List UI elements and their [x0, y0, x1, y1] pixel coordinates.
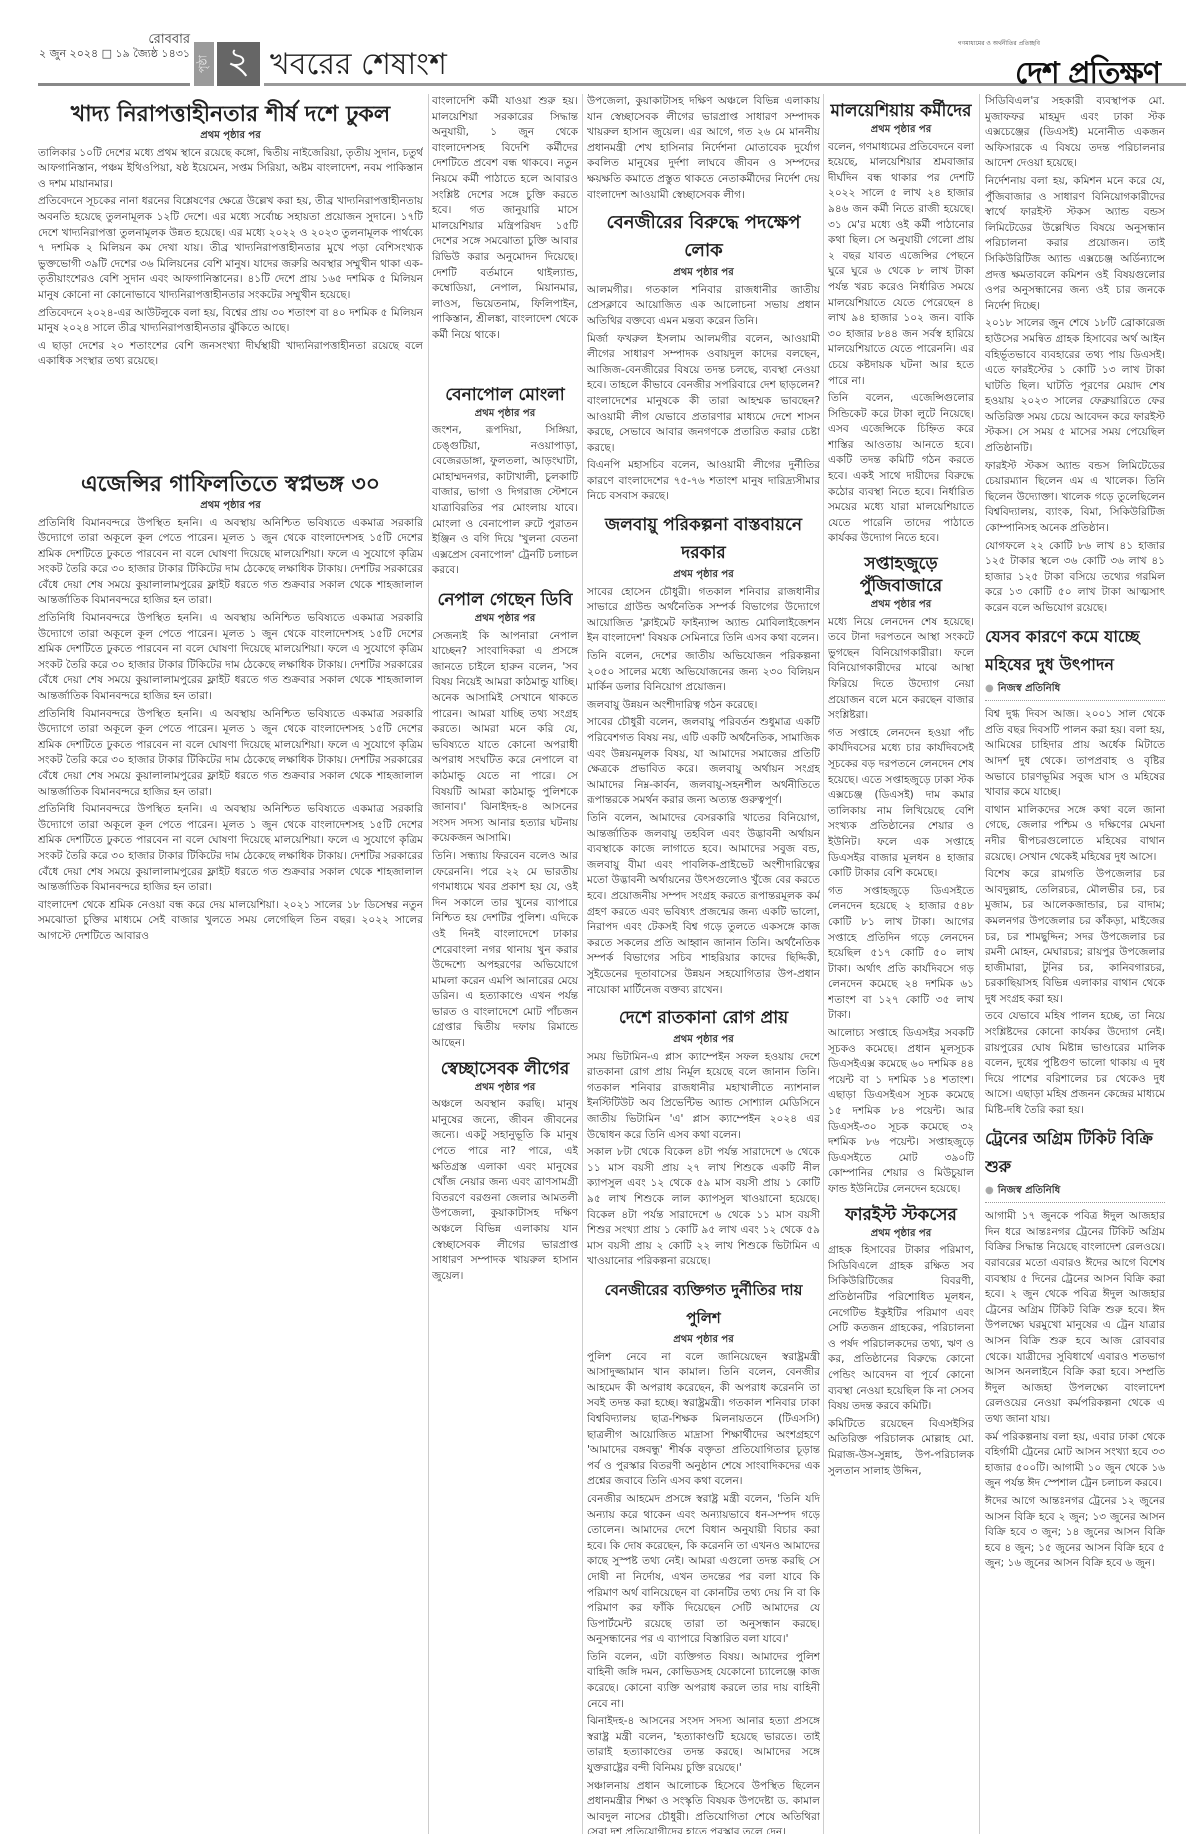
article-malaysia-workers: মালয়েশিয়ায় কর্মীদের প্রথম পৃষ্ঠার পর …	[828, 100, 974, 547]
headline-benapole-mongla: বেনাপোল মোংলা	[432, 384, 578, 406]
headline-benazir-personal: বেনজীরের ব্যক্তিগত দুর্নীতির দায় পুলিশ	[587, 1276, 820, 1332]
paragraph: গত সপ্তাহে লেনদেন হওয়া পাঁচ কার্যদিবসের…	[828, 726, 974, 882]
paragraph: তিনি বলেন, আমাদের বেসরকারি খাতের বিনিয়ো…	[587, 811, 820, 998]
paragraph: নির্দেশনায় বলা হয়, কমিশন মনে করে যে, প…	[985, 174, 1165, 314]
paragraph: সময় ভিটামিন-এ প্লাস ক্যাম্পেইন সফল হওয়…	[587, 1050, 820, 1144]
paragraph: সাবের চৌধুরী বলেন, জলবায়ু পরিবর্তন শুধু…	[587, 715, 820, 809]
headline-train-tickets: ট্রেনের অগ্রিম টিকিট বিক্রি শুরু	[985, 1125, 1165, 1181]
headline-nepal-db: নেপাল গেছেন ডিবি	[432, 589, 578, 611]
paragraph: ২০১৮ সালের জুন শেষে ১৮টি ব্রোকারেজ হাউসে…	[985, 316, 1165, 456]
paragraph: বলেন, গণমাধ্যমের প্রতিবেদনে বলা হয়েছে, …	[828, 140, 974, 390]
continued-label: প্রথম পৃষ্ঠার পর	[828, 597, 974, 613]
paragraph: আলোচ্য সপ্তাহে ডিএসইর সবকটি সূচকও কমেছে।…	[828, 1026, 974, 1198]
paragraph: বাথান মালিকদের সঙ্গে কথা বলে জানা গেছে, …	[985, 803, 1165, 865]
byline: নিজস্ব প্রতিনিধি	[985, 1183, 1165, 1199]
continued-label: প্রথম পৃষ্ঠার পর	[587, 1032, 820, 1048]
logo-tagline: গণমাধ্যমের ও অর্থনীতির প্রতিচ্ছবি	[958, 38, 1040, 49]
article-train-tickets: ট্রেনের অগ্রিম টিকিট বিক্রি শুরু নিজস্ব …	[985, 1125, 1165, 1572]
header-rule-left	[38, 83, 190, 86]
byline-divider	[985, 1202, 1165, 1203]
article-climate-plan: জলবায়ু পরিকল্পনা বাস্তবায়নে দরকার প্রথ…	[587, 511, 820, 998]
continued-label: প্রথম পৃষ্ঠার পর	[828, 122, 974, 138]
column-divider	[428, 94, 429, 1834]
paragraph: গ্রাহক হিসাবের টাকার পরিমাণ, সিডিবিএলে গ…	[828, 1243, 974, 1415]
paragraph: বিশেষ করে রামগতি উপজেলার চর আবদুল্লাহ, ত…	[985, 867, 1165, 1007]
continued-label: প্রথম পৃষ্ঠার পর	[432, 611, 578, 627]
article-night-blindness: দেশে রাতকানা রোগ প্রায় প্রথম পৃষ্ঠার পর…	[587, 1004, 820, 1270]
paragraph: বেনজীর আহমেদ প্রসঙ্গে স্বরাষ্ট্র মন্ত্রী…	[587, 1492, 820, 1648]
paragraph: প্রতিনিধি বিমানবন্দরে উপস্থিত হননি। এ অব…	[38, 802, 423, 896]
issue-date: রোববার ২ জুন ২০২৪ □ ১৯ জ্যৈষ্ঠ ১৪৩১	[39, 33, 190, 61]
continued-label: প্রথম পৃষ্ঠার পর	[432, 406, 578, 422]
continued-label: প্রথম পৃষ্ঠার পর	[38, 498, 423, 514]
continued-label: প্রথম পৃষ্ঠার পর	[432, 1080, 578, 1096]
article-weekly-market: সপ্তাহজুড়ে পুঁজিবাজারে প্রথম পৃষ্ঠার পর…	[828, 553, 974, 1198]
column-divider	[823, 94, 824, 1834]
byline: নিজস্ব প্রতিনিধি	[985, 681, 1165, 697]
paragraph: কমিটিতে রয়েছেন বিএসইসির অতিরিক্ত পরিচাল…	[828, 1417, 974, 1479]
paragraph: তবে যেভাবে মহিষ পালন হচ্ছে, তা নিয়ে সংশ…	[985, 1009, 1165, 1118]
logo-name: দেশ প্রতিক্ষণ	[1015, 56, 1160, 91]
article-agency-negligence: এজেন্সির গাফিলতিতে স্বপ্নভঙ্গ ৩০ প্রথম প…	[38, 470, 423, 945]
paragraph: সাবের হোসেন চৌধুরী। গতকাল শনিবার রাজধানী…	[587, 585, 820, 647]
paragraph: ফারইস্ট স্টকস অ্যান্ড বন্ডস লিমিটেডের চে…	[985, 459, 1165, 537]
continued-label: প্রথম পৃষ্ঠার পর	[828, 1226, 974, 1242]
continued-label: প্রথম পৃষ্ঠার পর	[587, 265, 820, 281]
paragraph: ঝিনাইদহ-৪ আসনের সংসদ সদস্য আনার হত্যা প্…	[587, 1714, 820, 1776]
article-benazir-action: বেনজীরের বিরুদ্ধে পদক্ষেপ লোক প্রথম পৃষ্…	[587, 209, 820, 505]
paragraph: তিনি বলেন, এজেন্সিগুলোর সিন্ডিকেট করে টা…	[828, 391, 974, 547]
article-benapole-mongla: বেনাপোল মোংলা প্রথম পৃষ্ঠার পর জংশন, রূপ…	[432, 384, 578, 580]
column-divider	[582, 94, 583, 1834]
headline-benazir-action: বেনজীরের বিরুদ্ধে পদক্ষেপ লোক	[587, 209, 820, 265]
paragraph: জংশন, রূপদিয়া, সিঙ্গিয়া, চেঙ্গুটিয়া, …	[432, 423, 578, 579]
continued-label: প্রথম পৃষ্ঠার পর	[38, 128, 423, 144]
paragraph: তিনি বলেন, এটা ব্যক্তিগত বিষয়। আমাদের প…	[587, 1650, 820, 1712]
page-number: ২	[217, 42, 260, 86]
article-buffalo-milk: যেসব কারণে কমে যাচ্ছে মহিষের দুধ উৎপাদন …	[985, 623, 1165, 1119]
headline-weekly-market: সপ্তাহজুড়ে পুঁজিবাজারে	[828, 553, 974, 597]
paragraph: বিএনপি মহাসচিব বলেন, আওয়ামী লীগের দুর্ন…	[587, 458, 820, 505]
paragraph: এ ছাড়া দেশের ২০ শতাংশের বেশি জনসংখ্যা দ…	[38, 339, 423, 370]
paragraph: আগামী ১৭ জুনকে পবিত্র ঈদুল আজহার দিন ধরে…	[985, 1209, 1165, 1427]
paragraph: গত সপ্তাহজুড়ে ডিএসইতে লেনদেন হয়েছে ২ হ…	[828, 884, 974, 1024]
paragraph: মির্জা ফখরুল ইসলাম আলমগীর বলেন, আওয়ামী …	[587, 332, 820, 457]
continued-label: প্রথম পৃষ্ঠার পর	[587, 567, 820, 583]
paragraph: প্রতিনিধি বিমানবন্দরে উপস্থিত হননি। এ অব…	[38, 516, 423, 610]
column-4: মালয়েশিয়ায় কর্মীদের প্রথম পৃষ্ঠার পর …	[828, 94, 974, 1834]
paragraph: কর্ম পরিকল্পনায় বলা হয়, এবার ঢাকা থেকে…	[985, 1430, 1165, 1492]
headline-night-blindness: দেশে রাতকানা রোগ প্রায়	[587, 1004, 820, 1032]
article-food-insecurity: খাদ্য নিরাপত্তাহীনতার শীর্ষ দশে ঢুকল প্র…	[38, 100, 423, 370]
paragraph: অঞ্চলে অবস্থান করছি। মানুষ মানুষের জন্যে…	[432, 1097, 578, 1284]
paragraph: উপজেলা, কুয়াকাটাসহ দক্ষিণ অঞ্চলে বিভিন্…	[587, 94, 820, 203]
issue-date-text: ২ জুন ২০২৪ □ ১৯ জ্যৈষ্ঠ ১৪৩১	[39, 47, 190, 60]
column-2: বাংলাদেশি কর্মী যাওয়া শুরু হয়। মালয়েশ…	[432, 94, 578, 1834]
headline-agency-negligence: এজেন্সির গাফিলতিতে স্বপ্নভঙ্গ ৩০	[38, 470, 423, 498]
paragraph: সঞ্চালনায় প্রধান আলোচক হিসেবে উপস্থিত ছ…	[587, 1779, 820, 1834]
paragraph: মধ্যে নিয়ে লেনদেন শেষ হয়েছে। তবে টানা …	[828, 615, 974, 724]
paragraph: সকাল ৮টা থেকে বিকেল ৪টা পর্যন্ত সারাদেশে…	[587, 1145, 820, 1270]
article-benazir-personal: বেনজীরের ব্যক্তিগত দুর্নীতির দায় পুলিশ …	[587, 1276, 820, 1834]
paragraph: পুলিশ নেবে না বলে জানিয়েছেন স্বরাষ্ট্রম…	[587, 1350, 820, 1490]
paragraph: বাংলাদেশি কর্মী যাওয়া শুরু হয়। মালয়েশ…	[432, 94, 578, 344]
paragraph: প্রতিবেদনে সূচকের নানা ধরনের বিশ্লেষণের …	[38, 194, 423, 303]
paragraph: আলমগীর। গতকাল শনিবার রাজধানীর জাতীয় প্র…	[587, 283, 820, 330]
headline-buffalo-milk: যেসব কারণে কমে যাচ্ছে মহিষের দুধ উৎপাদন	[985, 623, 1165, 679]
paragraph: প্রতিনিধি বিমানবন্দরে উপস্থিত হননি। এ অব…	[38, 611, 423, 705]
paragraph: বাংলাদেশ থেকে শ্রমিক নেওয়া বন্ধ করে দেয…	[38, 898, 423, 945]
article-swechchhasebak-league: স্বেচ্ছাসেবক লীগের প্রথম পৃষ্ঠার পর অঞ্চ…	[432, 1058, 578, 1285]
paragraph: সেজন্যই কি আপনারা নেপাল যাচ্ছেন? সাংবাদি…	[432, 629, 578, 847]
paragraph: জলবায়ু উন্নয়ন অংশীদারিত্ব গঠন করেছে।	[587, 698, 820, 714]
byline-divider	[985, 700, 1165, 701]
headline-swechchhasebak-league: স্বেচ্ছাসেবক লীগের	[432, 1058, 578, 1080]
issue-day: রোববার	[39, 33, 190, 47]
column-3: উপজেলা, কুয়াকাটাসহ দক্ষিণ অঞ্চলে বিভিন্…	[587, 94, 820, 1834]
paragraph: প্রতিনিধি বিমানবন্দরে উপস্থিত হননি। এ অব…	[38, 707, 423, 801]
paragraph: তিনি। সন্ধ্যায় ফিরবেন বলেও আর ফেরেননি। …	[432, 849, 578, 1052]
paragraph: তালিকার ১০টি দেশের মধ্যে প্রথম স্থানে রয…	[38, 146, 423, 193]
paragraph: ঈদের আগে আন্তঃনগর ট্রেনের ১২ জুনের আসন ব…	[985, 1494, 1165, 1572]
column-5: সিডিবিএল'র সহকারী ব্যবস্থাপক মো. মুজাফফর…	[985, 94, 1165, 1834]
page-label: পৃষ্ঠা	[194, 42, 214, 86]
continued-label: প্রথম পৃষ্ঠার পর	[587, 1332, 820, 1348]
paragraph: সিডিবিএল'র সহকারী ব্যবস্থাপক মো. মুজাফফর…	[985, 94, 1165, 172]
article-fareast-stocks: ফারইস্ট স্টকসের প্রথম পৃষ্ঠার পর গ্রাহক …	[828, 1204, 974, 1480]
headline-food-insecurity: খাদ্য নিরাপত্তাহীনতার শীর্ষ দশে ঢুকল	[38, 100, 423, 128]
paragraph: বিশ্ব দুগ্ধ দিবস আজ। ২০০১ সাল থেকে প্রতি…	[985, 707, 1165, 801]
headline-climate-plan: জলবায়ু পরিকল্পনা বাস্তবায়নে দরকার	[587, 511, 820, 567]
paragraph: যোগফলে ২২ কোটি ৮৬ লাখ ৪১ হাজার ১২৫ টাকার…	[985, 539, 1165, 617]
paragraph: প্রতিবেদনে ২০২৪-এর আউটলুকে বলা হয়, বিশ্…	[38, 306, 423, 337]
article-nepal-db: নেপাল গেছেন ডিবি প্রথম পৃষ্ঠার পর সেজন্য…	[432, 589, 578, 1052]
paragraph: তিনি বলেন, দেশের জাতীয় অভিযোজন পরিকল্পন…	[587, 649, 820, 696]
column-1: খাদ্য নিরাপত্তাহীনতার শীর্ষ দশে ঢুকল প্র…	[38, 94, 423, 1834]
newspaper-logo: গণমাধ্যমের ও অর্থনীতির প্রতিচ্ছবি দেশ প্…	[958, 38, 1160, 100]
headline-fareast-stocks: ফারইস্ট স্টকসের	[828, 1204, 974, 1226]
headline-malaysia-workers: মালয়েশিয়ায় কর্মীদের	[828, 100, 974, 122]
column-divider	[979, 94, 980, 1834]
masthead: রোববার ২ জুন ২০২৪ □ ১৯ জ্যৈষ্ঠ ১৪৩১ পৃষ্…	[0, 0, 1200, 90]
